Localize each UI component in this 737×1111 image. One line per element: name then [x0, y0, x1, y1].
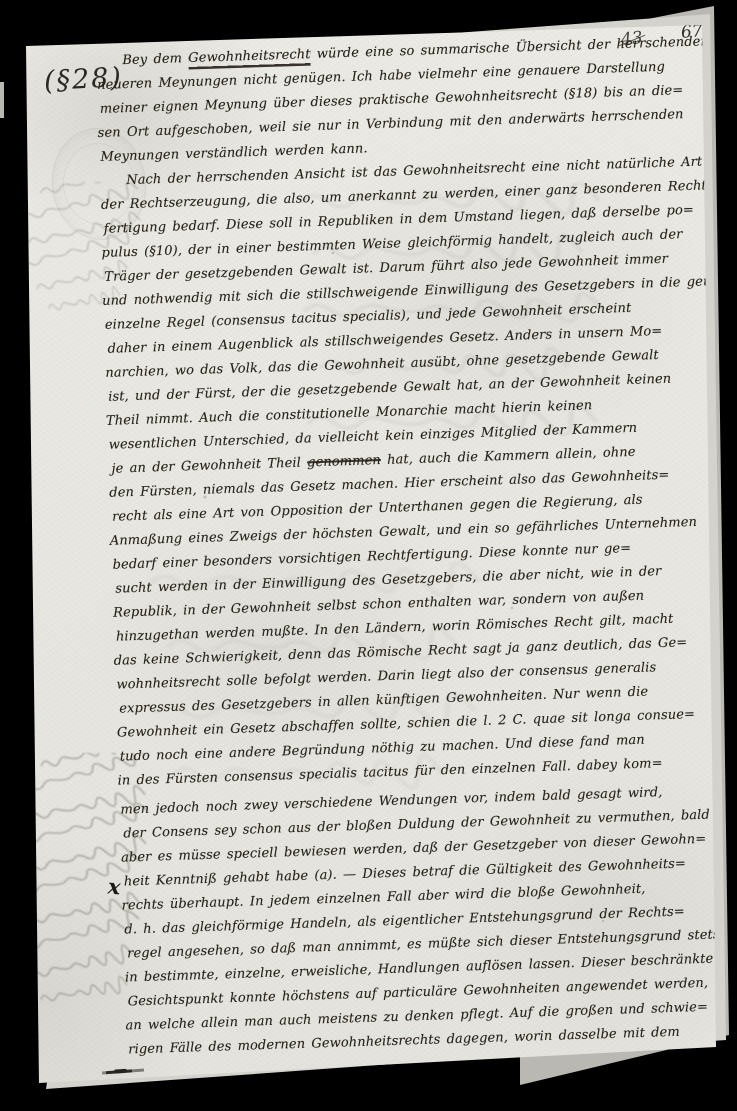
manuscript-scan: { "page": { "folio_crossed": "43", "foli… — [0, 0, 737, 1111]
manuscript-text: Bey dem Gewohnheitsrecht würde eine so s… — [96, 29, 737, 1062]
pen-dash-mark — [102, 1069, 144, 1074]
margin-x-mark: x — [107, 874, 122, 900]
scanner-edge-artifact — [0, 82, 4, 118]
paper-page: 43 67 (§28) Bey dem Gewohnheitsrecht wür… — [0, 0, 737, 1111]
